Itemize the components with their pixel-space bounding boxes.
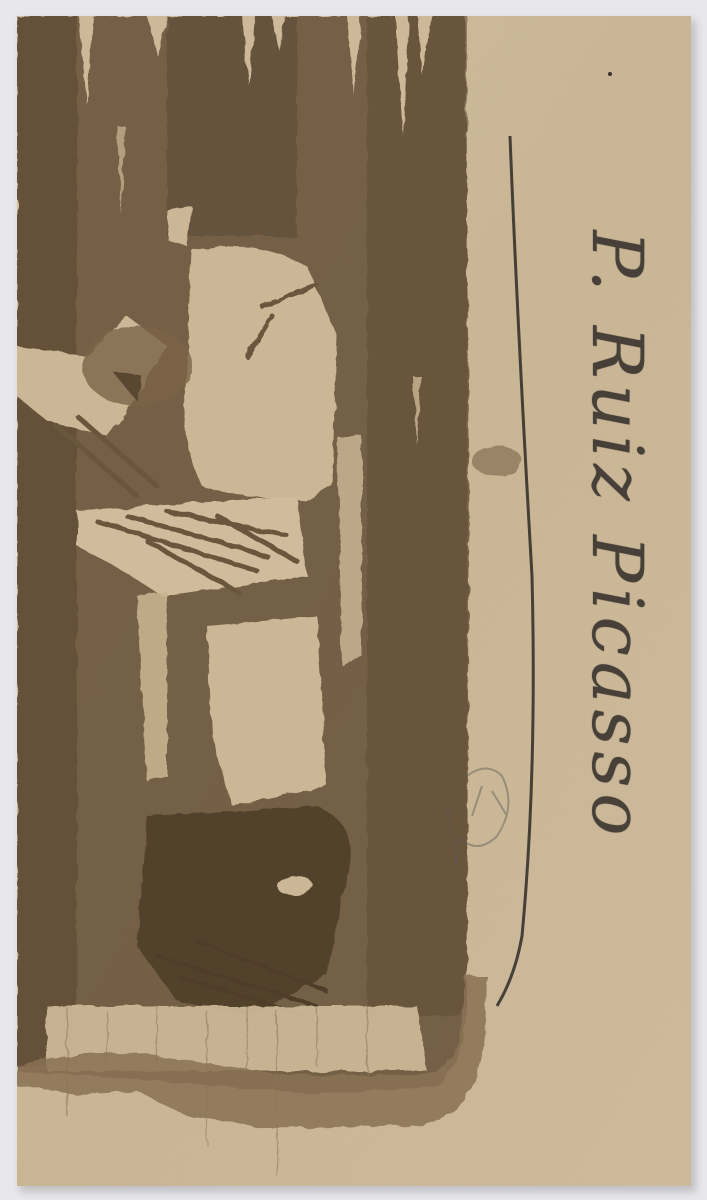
ink-wash [17,16,469,1176]
artist-signature: P. Ruiz Picasso [576,230,658,841]
paper-sheet: P. Ruiz Picasso [17,16,691,1186]
artwork-photo: P. Ruiz Picasso [0,0,707,1200]
